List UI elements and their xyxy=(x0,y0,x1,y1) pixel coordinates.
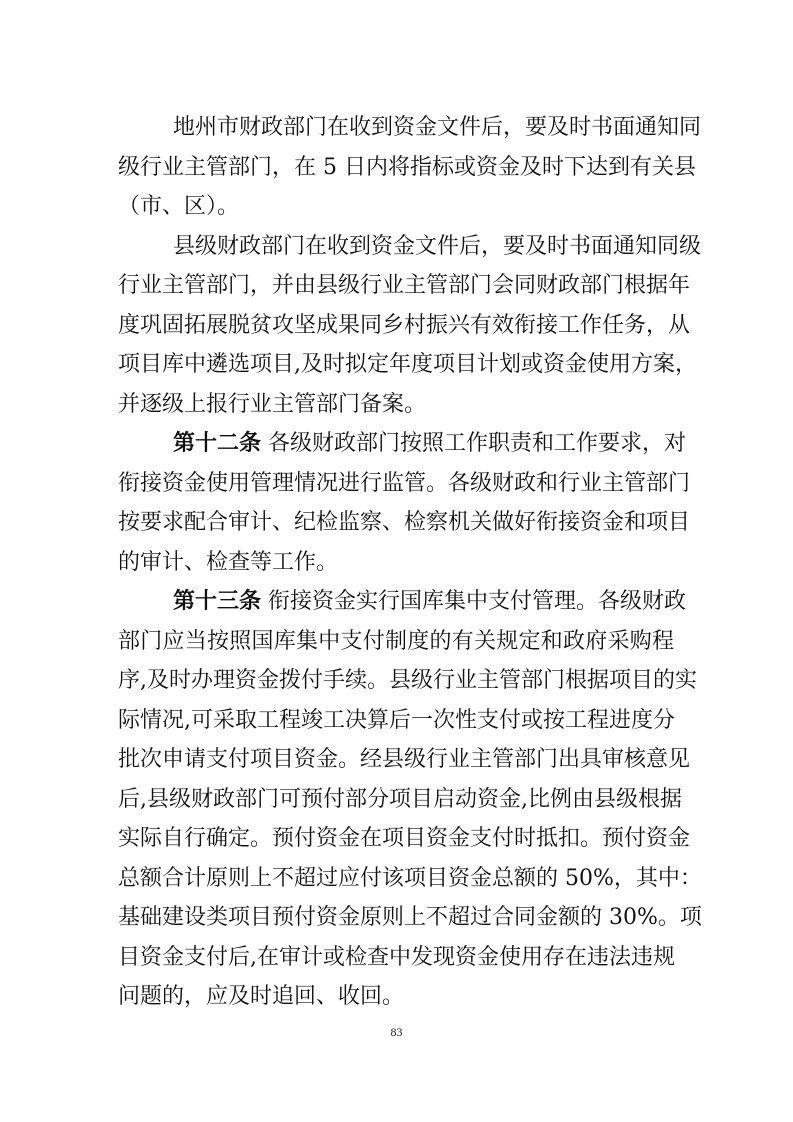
text-line: 基础建设类项目预付资金原则上不超过合同金额的 30%。项 xyxy=(118,898,674,938)
paragraph-funds-notification-county: 县级财政部门在收到资金文件后，要及时书面通知同级 行业主管部门，并由县级行业主管… xyxy=(118,227,674,425)
page-number: 83 xyxy=(0,1025,793,1040)
text-line: 批次申请支付项目资金。经县级行业主管部门出具审核意见 xyxy=(118,740,674,780)
text-line: 际情况,可采取工程竣工决算后一次性支付或按工程进度分 xyxy=(118,701,674,741)
article-heading: 第十三条 xyxy=(173,589,261,614)
text-line: 按要求配合审计、纪检监察、检察机关做好衔接资金和项目 xyxy=(118,503,674,543)
article-text: 衔接资金实行国库集中支付管理。各级财政 xyxy=(268,589,686,614)
text-line: 序,及时办理资金拨付手续。县级行业主管部门根据项目的实 xyxy=(118,661,674,701)
text-line: 后,县级财政部门可预付部分项目启动资金,比例由县级根据 xyxy=(118,780,674,820)
text-line: 第十二条 各级财政部门按照工作职责和工作要求，对 xyxy=(118,424,674,464)
text-line: 度巩固拓展脱贫攻坚成果同乡村振兴有效衔接工作任务，从 xyxy=(118,306,674,346)
text-line: 县级财政部门在收到资金文件后，要及时书面通知同级 xyxy=(118,227,674,267)
text-line: 总额合计原则上不超过应付该项目资金总额的 50%，其中： xyxy=(118,859,674,899)
document-page: 地州市财政部门在收到资金文件后，要及时书面通知同 级行业主管部门，在 5 日内将… xyxy=(0,0,793,1122)
text-line: 行业主管部门，并由县级行业主管部门会同财政部门根据年 xyxy=(118,266,674,306)
text-line: 第十三条 衔接资金实行国库集中支付管理。各级财政 xyxy=(118,582,674,622)
text-line: 的审计、检查等工作。 xyxy=(118,543,674,583)
article-13: 第十三条 衔接资金实行国库集中支付管理。各级财政 部门应当按照国库集中支付制度的… xyxy=(118,582,674,1017)
text-line: 问题的，应及时追回、收回。 xyxy=(118,977,674,1017)
text-line: 衔接资金使用管理情况进行监管。各级财政和行业主管部门 xyxy=(118,464,674,504)
text-line: （市、区）。 xyxy=(118,187,674,227)
article-heading: 第十二条 xyxy=(173,431,261,456)
body-text: 地州市财政部门在收到资金文件后，要及时书面通知同 级行业主管部门，在 5 日内将… xyxy=(118,108,674,1017)
text-line: 地州市财政部门在收到资金文件后，要及时书面通知同 xyxy=(118,108,674,148)
article-text: 各级财政部门按照工作职责和工作要求，对 xyxy=(268,431,686,456)
text-line: 部门应当按照国库集中支付制度的有关规定和政府采购程 xyxy=(118,622,674,662)
article-12: 第十二条 各级财政部门按照工作职责和工作要求，对 衔接资金使用管理情况进行监管。… xyxy=(118,424,674,582)
text-line: 实际自行确定。预付资金在项目资金支付时抵扣。预付资金 xyxy=(118,819,674,859)
text-line: 目资金支付后,在审计或检查中发现资金使用存在违法违规 xyxy=(118,938,674,978)
text-line: 级行业主管部门，在 5 日内将指标或资金及时下达到有关县 xyxy=(118,148,674,188)
paragraph-funds-notification-prefecture: 地州市财政部门在收到资金文件后，要及时书面通知同 级行业主管部门，在 5 日内将… xyxy=(118,108,674,227)
text-line: 并逐级上报行业主管部门备案。 xyxy=(118,385,674,425)
text-line: 项目库中遴选项目,及时拟定年度项目计划或资金使用方案， xyxy=(118,345,674,385)
